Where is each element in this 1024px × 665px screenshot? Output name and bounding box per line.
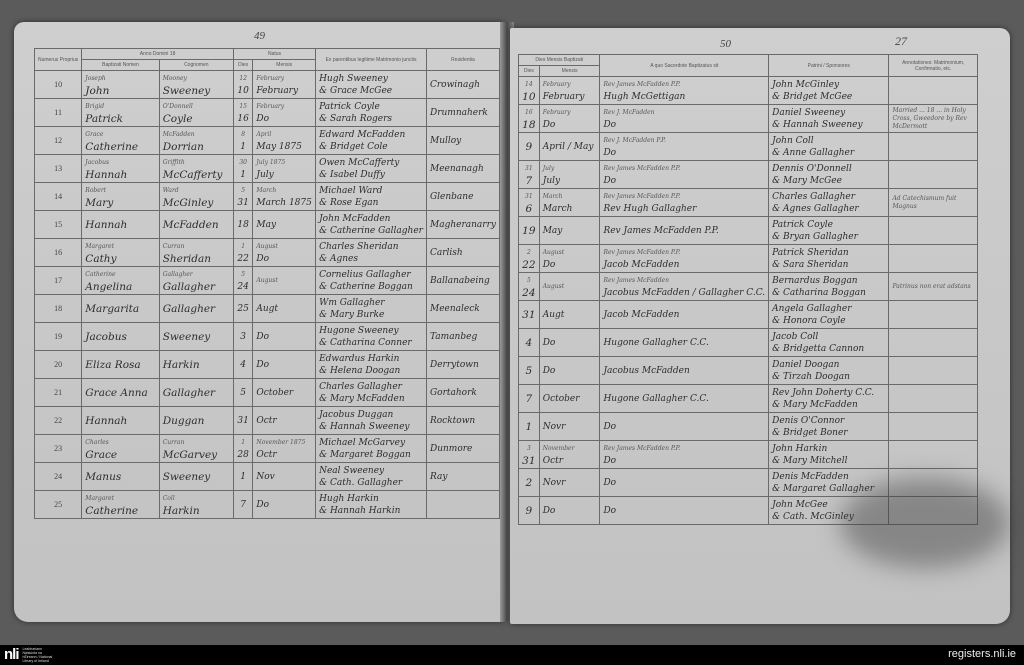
mother-name: & Mary McFadden: [319, 393, 423, 405]
table-row: 7OctoberHugone Gallagher C.C.Rev John Do…: [519, 385, 978, 413]
sponsors-cell: John McGinley& Bridget McGee: [769, 77, 889, 105]
right-register-table: Dies Mensis Baptizati A quo Sacerdote Ba…: [518, 54, 978, 525]
table-row: 15HannahMcFadden18MayJohn McFadden& Cath…: [35, 211, 500, 239]
child-name-cell: Manus: [82, 463, 159, 491]
header-parents: Ex parentibus legitime Matrimonio juncti…: [316, 49, 427, 71]
birth-day: 18: [237, 219, 249, 231]
baptism-month-cell: Do: [539, 497, 600, 525]
entry-number: 17: [35, 267, 82, 295]
baptism-month-note: July: [543, 163, 597, 175]
birth-month: October: [256, 387, 312, 399]
child-name-note: Brigid: [85, 101, 155, 113]
table-row: 317JulyJulyRev James McFadden P.P.DoDenn…: [519, 161, 978, 189]
child-name: Margarita: [85, 303, 155, 315]
minister: Jacobus McFadden / Gallagher C.C.: [603, 287, 765, 299]
baptism-month-cell: April / May: [539, 133, 600, 161]
parents-cell: Hugh Harkin& Hannah Harkin: [316, 491, 427, 519]
father-name: Wm Gallagher: [319, 297, 423, 309]
header-entry-number: Numerus Proprius: [35, 49, 82, 71]
surname-note: Gallagher: [163, 269, 230, 281]
child-name-cell: BrigidPatrick: [82, 99, 159, 127]
surname: Gallagher: [163, 303, 230, 315]
birth-day-note: 5: [237, 269, 249, 281]
minister-cell: Rev James McFadden P.P.Jacob McFadden: [600, 245, 769, 273]
table-row: 12GraceCatherineMcFaddenDorrian81AprilMa…: [35, 127, 500, 155]
baptism-day-cell: 5: [519, 357, 540, 385]
surname: Coyle: [163, 113, 230, 125]
residence: Carlish: [426, 239, 499, 267]
father-name: Hugh Harkin: [319, 493, 423, 505]
baptism-day-cell: 331: [519, 441, 540, 469]
baptism-day: 4: [522, 337, 536, 349]
sponsor-2: & Hannah Sweeney: [772, 119, 885, 131]
baptism-month-cell: October: [539, 385, 600, 413]
baptism-month-cell: NovemberOctr: [539, 441, 600, 469]
father-name: Owen McCafferty: [319, 157, 423, 169]
baptism-day-cell: 317: [519, 161, 540, 189]
left-register-table: Numerus Proprius Anno Domini 18 Natus Ex…: [34, 48, 500, 519]
minister-note: Rev J. McFadden P.P.: [603, 135, 765, 147]
surname-note: Mooney: [163, 73, 230, 85]
baptism-day: 31: [522, 309, 536, 321]
sponsors-cell: Patrick Coyle& Bryan Gallagher: [769, 217, 889, 245]
surname-cell: CollHarkin: [159, 491, 233, 519]
minister: Do: [603, 147, 765, 159]
birth-month-cell: FebruaryFebruary: [253, 71, 316, 99]
birth-month-cell: November 1875Octr: [253, 435, 316, 463]
notes: Ad Catechismum fuit Magnus: [889, 189, 978, 217]
birth-month-note: July 1875: [256, 157, 312, 169]
birth-day: 1: [237, 141, 249, 153]
entry-number: 16: [35, 239, 82, 267]
page-number-right-pencil: 50: [720, 38, 731, 50]
birth-day-cell: 25: [233, 295, 252, 323]
baptism-day: 22: [522, 259, 536, 271]
minister-cell: Rev James McFadden P.P.Hugh McGettigan: [600, 77, 769, 105]
baptism-day-cell: 31: [519, 301, 540, 329]
baptism-day-cell: 1: [519, 413, 540, 441]
father-name: Charles Gallagher: [319, 381, 423, 393]
baptism-month: Do: [543, 337, 597, 349]
surname: Duggan: [163, 415, 230, 427]
child-name: Cathy: [85, 253, 155, 265]
minister: Do: [603, 505, 765, 517]
table-row: 23CharlesGraceCurranMcGarvey128November …: [35, 435, 500, 463]
mother-name: & Catharina Conner: [319, 337, 423, 349]
birth-month-cell: AprilMay 1875: [253, 127, 316, 155]
notes: [889, 413, 978, 441]
baptism-day-cell: 1618: [519, 105, 540, 133]
table-row: 1410FebruaryFebruaryRev James McFadden P…: [519, 77, 978, 105]
father-name: Edwardus Harkin: [319, 353, 423, 365]
table-row: 19JacobusSweeney3DoHugone Sweeney& Catha…: [35, 323, 500, 351]
minister-cell: Rev James McFaddenJacobus McFadden / Gal…: [600, 273, 769, 301]
mother-name: & Mary Burke: [319, 309, 423, 321]
birth-day: 22: [237, 253, 249, 265]
sponsors-cell: John Harkin& Mary Mitchell: [769, 441, 889, 469]
minister: Do: [603, 119, 765, 131]
table-row: 5DoJacobus McFaddenDaniel Doogan& Tirzah…: [519, 357, 978, 385]
surname: Harkin: [163, 359, 230, 371]
header-sponsors: Patrini / Sponsores: [769, 55, 889, 77]
birth-month: July: [256, 169, 312, 181]
sponsor-2: & Honora Coyle: [772, 315, 885, 327]
minister: Rev Hugh Gallagher: [603, 203, 765, 215]
entry-number: 13: [35, 155, 82, 183]
table-row: 22HannahDuggan31OctrJacobus Duggan& Hann…: [35, 407, 500, 435]
table-row: 17CatherineAngelinaGallagherGallagher524…: [35, 267, 500, 295]
residence: Tamanbeg: [426, 323, 499, 351]
surname-cell: CurranSheridan: [159, 239, 233, 267]
child-name: Catherine: [85, 141, 155, 153]
surname-cell: GallagherGallagher: [159, 267, 233, 295]
surname-cell: CurranMcGarvey: [159, 435, 233, 463]
baptism-month: Do: [543, 259, 597, 271]
parents-cell: Edwardus Harkin& Helena Doogan: [316, 351, 427, 379]
birth-month: Do: [256, 113, 312, 125]
birth-month: May: [256, 219, 312, 231]
child-name: Manus: [85, 471, 155, 483]
sponsor-1: Jacob Coll: [772, 331, 885, 343]
baptism-day-cell: 9: [519, 497, 540, 525]
minister-cell: Rev James McFadden P.P.Do: [600, 441, 769, 469]
baptism-month: Novr: [543, 421, 597, 433]
baptism-month: February: [543, 91, 597, 103]
parents-cell: Wm Gallagher& Mary Burke: [316, 295, 427, 323]
baptism-day-note: 5: [522, 275, 536, 287]
sponsor-1: Angela Gallagher: [772, 303, 885, 315]
surname-cell: GriffithMcCafferty: [159, 155, 233, 183]
table-row: 11BrigidPatrickO'DonnellCoyle1516Februar…: [35, 99, 500, 127]
child-name: Patrick: [85, 113, 155, 125]
sponsor-2: & Bridgetta Cannon: [772, 343, 885, 355]
minister-note: Rev James McFadden P.P.: [603, 79, 765, 91]
mother-name: & Helena Doogan: [319, 365, 423, 377]
birth-day-note: 15: [237, 101, 249, 113]
table-row: 24ManusSweeney1NovNeal Sweeney& Cath. Ga…: [35, 463, 500, 491]
mother-name: & Catherine Gallagher: [319, 225, 423, 237]
table-row: 18MargaritaGallagher25AugtWm Gallagher& …: [35, 295, 500, 323]
sponsor-1: Charles Gallagher: [772, 191, 885, 203]
baptism-month-note: November: [543, 443, 597, 455]
sponsor-1: Denis O'Connor: [772, 415, 885, 427]
notes: [889, 245, 978, 273]
birth-month-cell: Do: [253, 323, 316, 351]
baptism-day: 7: [522, 393, 536, 405]
minister: Do: [603, 421, 765, 433]
baptism-day-cell: 7: [519, 385, 540, 413]
child-name-note: Robert: [85, 185, 155, 197]
nli-logo-mark: nli: [4, 647, 19, 663]
baptism-day-cell: 524: [519, 273, 540, 301]
sponsor-2: & Sara Sheridan: [772, 259, 885, 271]
baptism-month-note: August: [543, 281, 597, 293]
table-row: 316MarchMarchRev James McFadden P.P.Rev …: [519, 189, 978, 217]
parents-cell: Hugh Sweeney& Grace McGee: [316, 71, 427, 99]
minister-cell: Do: [600, 497, 769, 525]
minister-note: Rev James McFadden P.P.: [603, 191, 765, 203]
notes: Married ... 18 ... in Holy Cross, Gweedo…: [889, 105, 978, 133]
table-row: 331NovemberOctrRev James McFadden P.P.Do…: [519, 441, 978, 469]
minister-note: Rev J. McFadden: [603, 107, 765, 119]
baptism-month-note: February: [543, 107, 597, 119]
notes: [889, 441, 978, 469]
residence: Crowinagh: [426, 71, 499, 99]
site-link[interactable]: registers.nli.ie: [948, 648, 1016, 660]
sponsors-cell: Charles Gallagher& Agnes Gallagher: [769, 189, 889, 217]
sponsor-2: & Catharina Boggan: [772, 287, 885, 299]
entry-number: 14: [35, 183, 82, 211]
sponsors-cell: Patrick Sheridan& Sara Sheridan: [769, 245, 889, 273]
minister: Hugone Gallagher C.C.: [603, 337, 765, 349]
birth-day: 31: [237, 415, 249, 427]
mother-name: & Catherine Boggan: [319, 281, 423, 293]
parents-cell: Neal Sweeney& Cath. Gallagher: [316, 463, 427, 491]
left-page: 49 Numerus Proprius Anno Domini 18 Natus…: [14, 22, 504, 622]
minister-cell: Rev J. McFaddenDo: [600, 105, 769, 133]
table-row: 19MayRev James McFadden P.P.Patrick Coyl…: [519, 217, 978, 245]
table-row: 21Grace AnnaGallagher5OctoberCharles Gal…: [35, 379, 500, 407]
birth-month-cell: October: [253, 379, 316, 407]
baptism-month-cell: MarchMarch: [539, 189, 600, 217]
sponsors-cell: Jacob Coll& Bridgetta Cannon: [769, 329, 889, 357]
mother-name: & Bridget Cole: [319, 141, 423, 153]
baptism-month: Octr: [543, 455, 597, 467]
sponsor-1: Daniel Sweeney: [772, 107, 885, 119]
baptism-day-cell: 4: [519, 329, 540, 357]
birth-day-cell: 1: [233, 463, 252, 491]
nli-logo-text: Leabharlann Náisiúnta na hÉireann / Nati…: [23, 647, 53, 663]
notes: [889, 217, 978, 245]
minister: Rev James McFadden P.P.: [603, 225, 765, 237]
baptism-day-cell: 316: [519, 189, 540, 217]
entry-number: 18: [35, 295, 82, 323]
minister-note: Rev James McFadden: [603, 275, 765, 287]
baptism-month-note: February: [543, 79, 597, 91]
birth-day-cell: 5: [233, 379, 252, 407]
birth-month-note: November 1875: [256, 437, 312, 449]
birth-month: Do: [256, 499, 312, 511]
surname: Dorrian: [163, 141, 230, 153]
header-birth: Natus: [233, 49, 315, 60]
minister-note: Rev James McFadden P.P.: [603, 247, 765, 259]
right-page: 50 27 Dies Mensis Baptizati A quo Sacerd…: [510, 28, 1010, 624]
baptism-day-cell: 222: [519, 245, 540, 273]
birth-day: 1: [237, 169, 249, 181]
page-number-left: 49: [254, 30, 265, 42]
header-month: Mensis: [253, 60, 316, 71]
surname-cell: WardMcGinley: [159, 183, 233, 211]
surname: McGarvey: [163, 449, 230, 461]
baptism-month-note: August: [543, 247, 597, 259]
birth-day: 5: [237, 387, 249, 399]
parents-cell: Charles Gallagher& Mary McFadden: [316, 379, 427, 407]
entry-number: 20: [35, 351, 82, 379]
birth-day: 28: [237, 449, 249, 461]
mother-name: & Rose Egan: [319, 197, 423, 209]
baptism-day: 9: [522, 505, 536, 517]
surname-cell: MooneySweeney: [159, 71, 233, 99]
parents-cell: Michael McGarvey& Margaret Boggan: [316, 435, 427, 463]
mother-name: & Hannah Sweeney: [319, 421, 423, 433]
minister-cell: Do: [600, 469, 769, 497]
surname-cell: Gallagher: [159, 379, 233, 407]
notes: [889, 385, 978, 413]
notes: Patrinus non erat adstans: [889, 273, 978, 301]
baptism-month: October: [543, 393, 597, 405]
surname: Gallagher: [163, 387, 230, 399]
table-row: 1NovrDoDenis O'Connor& Bridget Boner: [519, 413, 978, 441]
table-row: 25MargaretCatherineCollHarkin7DoHugh Har…: [35, 491, 500, 519]
parents-cell: Hugone Sweeney& Catharina Conner: [316, 323, 427, 351]
baptism-day: 5: [522, 365, 536, 377]
surname: McFadden: [163, 219, 230, 231]
child-name: Hannah: [85, 219, 155, 231]
table-row: 1618FebruaryDoRev J. McFaddenDoDaniel Sw…: [519, 105, 978, 133]
sponsor-2: & Anne Gallagher: [772, 147, 885, 159]
header-year-label: Anno Domini 18: [140, 51, 176, 57]
sponsor-1: John Harkin: [772, 443, 885, 455]
birth-day: 7: [237, 499, 249, 511]
birth-month-cell: MarchMarch 1875: [253, 183, 316, 211]
birth-month-note: March: [256, 185, 312, 197]
child-name-cell: Margarita: [82, 295, 159, 323]
baptism-day-cell: 19: [519, 217, 540, 245]
baptism-day-note: 3: [522, 443, 536, 455]
child-name-cell: Hannah: [82, 407, 159, 435]
father-name: John McFadden: [319, 213, 423, 225]
residence: Glenbane: [426, 183, 499, 211]
sponsors-cell: Daniel Doogan& Tirzah Doogan: [769, 357, 889, 385]
sponsor-1: Patrick Sheridan: [772, 247, 885, 259]
child-name-cell: JosephJohn: [82, 71, 159, 99]
baptism-month: Do: [543, 365, 597, 377]
minister: Jacob McFadden: [603, 309, 765, 321]
minister-cell: Hugone Gallagher C.C.: [600, 385, 769, 413]
surname-cell: McFaddenDorrian: [159, 127, 233, 155]
minister: Do: [603, 477, 765, 489]
surname-cell: Sweeney: [159, 323, 233, 351]
entry-number: 21: [35, 379, 82, 407]
baptism-day: 19: [522, 225, 536, 237]
baptism-day: 2: [522, 477, 536, 489]
sponsors-cell: Bernardus Boggan& Catharina Boggan: [769, 273, 889, 301]
notes: [889, 133, 978, 161]
sponsor-1: John McGinley: [772, 79, 885, 91]
sponsors-cell: Denis O'Connor& Bridget Boner: [769, 413, 889, 441]
birth-day: 4: [237, 359, 249, 371]
birth-month: Octr: [256, 449, 312, 461]
child-name-note: Joseph: [85, 73, 155, 85]
birth-day: 16: [237, 113, 249, 125]
sponsor-2: & Mary Mitchell: [772, 455, 885, 467]
child-name-note: Jacobus: [85, 157, 155, 169]
baptism-day: 31: [522, 455, 536, 467]
entry-number: 22: [35, 407, 82, 435]
birth-day-cell: 301: [233, 155, 252, 183]
child-name: Grace: [85, 449, 155, 461]
minister: Do: [603, 175, 765, 187]
child-name-note: Grace: [85, 129, 155, 141]
birth-day-cell: 18: [233, 211, 252, 239]
baptism-month: Augt: [543, 309, 597, 321]
child-name-cell: MargaretCathy: [82, 239, 159, 267]
parents-cell: Patrick Coyle& Sarah Rogers: [316, 99, 427, 127]
father-name: Charles Sheridan: [319, 241, 423, 253]
surname-cell: Duggan: [159, 407, 233, 435]
surname: Sweeney: [163, 331, 230, 343]
baptism-day-cell: 1410: [519, 77, 540, 105]
birth-day: 3: [237, 331, 249, 343]
residence: Rocktown: [426, 407, 499, 435]
parents-cell: Charles Sheridan& Agnes: [316, 239, 427, 267]
baptism-month-cell: JulyJuly: [539, 161, 600, 189]
sponsor-1: Denis McFadden: [772, 471, 885, 483]
child-name: Hannah: [85, 169, 155, 181]
sponsor-2: & Bridget McGee: [772, 91, 885, 103]
birth-month-note: February: [256, 101, 312, 113]
baptism-day-note: 2: [522, 247, 536, 259]
entry-number: 19: [35, 323, 82, 351]
sponsor-1: John Coll: [772, 135, 885, 147]
nli-logo[interactable]: nli Leabharlann Náisiúnta na hÉireann / …: [4, 647, 53, 663]
sponsor-2: & Bridget Boner: [772, 427, 885, 439]
surname-cell: O'DonnellCoyle: [159, 99, 233, 127]
baptism-day-cell: 9: [519, 133, 540, 161]
father-name: Cornelius Gallagher: [319, 269, 423, 281]
birth-day-cell: 7: [233, 491, 252, 519]
mother-name: & Grace McGee: [319, 85, 423, 97]
minister-cell: Rev James McFadden P.P.: [600, 217, 769, 245]
table-row: 14RobertMaryWardMcGinley531MarchMarch 18…: [35, 183, 500, 211]
birth-month-cell: August: [253, 267, 316, 295]
child-name-cell: GraceCatherine: [82, 127, 159, 155]
child-name: Grace Anna: [85, 387, 155, 399]
baptism-day: 9: [522, 141, 536, 153]
baptism-month-cell: Do: [539, 357, 600, 385]
birth-month: Do: [256, 331, 312, 343]
father-name: Edward McFadden: [319, 129, 423, 141]
birth-month-cell: Do: [253, 491, 316, 519]
entry-number: 24: [35, 463, 82, 491]
sponsors-cell: John Coll& Anne Gallagher: [769, 133, 889, 161]
birth-month-note: April: [256, 129, 312, 141]
table-row: 16MargaretCathyCurranSheridan122AugustDo…: [35, 239, 500, 267]
sponsor-1: Dennis O'Donnell: [772, 163, 885, 175]
baptism-day: 6: [522, 203, 536, 215]
baptism-month: July: [543, 175, 597, 187]
child-name-cell: Grace Anna: [82, 379, 159, 407]
birth-day-cell: 1516: [233, 99, 252, 127]
sponsor-2: & Mary McGee: [772, 175, 885, 187]
birth-day: 10: [237, 85, 249, 97]
father-name: Hugone Sweeney: [319, 325, 423, 337]
sponsor-2: & Agnes Gallagher: [772, 203, 885, 215]
birth-day-cell: 524: [233, 267, 252, 295]
header-surname: Cognomen: [159, 60, 233, 71]
birth-day: 24: [237, 281, 249, 293]
entry-number: 25: [35, 491, 82, 519]
image-viewer: 49 Numerus Proprius Anno Domini 18 Natus…: [0, 0, 1024, 645]
birth-month-note: August: [256, 241, 312, 253]
residence: [426, 491, 499, 519]
child-name: Mary: [85, 197, 155, 209]
table-row: 20Eliza RosaHarkin4DoEdwardus Harkin& He…: [35, 351, 500, 379]
surname-cell: McFadden: [159, 211, 233, 239]
notes: [889, 301, 978, 329]
birth-day-note: 12: [237, 73, 249, 85]
birth-day: 31: [237, 197, 249, 209]
